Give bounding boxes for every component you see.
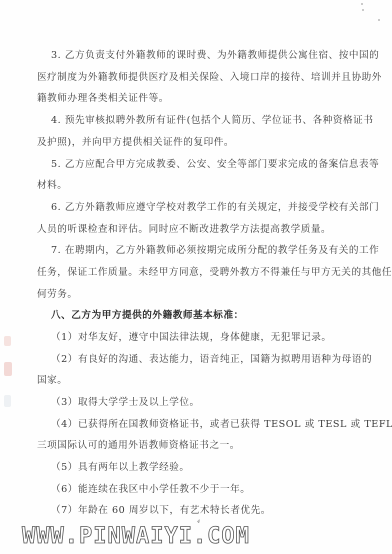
scan-speck [361, 3, 363, 5]
standard-3-line-1: （3）取得大学学士及以上学位。 [51, 397, 200, 409]
standard-4-line-2: 三项国际认可的通用外语教师资格证书之一。 [37, 440, 240, 452]
standard-2-line-2: 国家。 [37, 375, 67, 387]
scan-artifact-mark [4, 395, 11, 407]
scan-artifact-mark [4, 336, 11, 346]
paragraph-7-line-2: 任务，保证工作质量。未经甲方同意，受聘外教方不得兼任与甲方无关的其他任 [37, 267, 392, 279]
paragraph-6-line-2: 人员的听课检查和评估。同时应不断改进教学方法提高教学质量。 [37, 224, 331, 236]
paragraph-5-line-1: 5. 乙方应配合甲方完成教委、公安、安全等部门要求完成的备案信息表等 [51, 159, 379, 171]
paragraph-3-line-1: 3. 乙方负责支付外籍教师的课时费、为外籍教师提供公寓住宿、按中国的 [51, 50, 379, 62]
paragraph-6-line-1: 6. 乙方外籍教师应遵守学校对教学工作的有关规定，并接受学校有关部门 [51, 202, 379, 214]
paragraph-4-line-2: 及护照)，并向甲方提供相关证件的复印件。 [37, 137, 234, 149]
paragraph-5-line-2: 材料。 [37, 180, 67, 192]
document-page: 3. 乙方负责支付外籍教师的课时费、为外籍教师提供公寓住宿、按中国的 医疗制度为… [0, 0, 392, 554]
section-heading: 八、乙方为甲方提供的外籍教师基本标准： [51, 310, 244, 322]
standard-2-line-1: （2）有良好的沟通、表达能力，语音纯正，国籍为拟聘用语种为母语的 [51, 354, 372, 366]
paragraph-7-line-3: 何劳务。 [37, 289, 78, 301]
standard-5-line-1: （5）具有两年以上教学经验。 [51, 462, 190, 474]
scan-speck [362, 9, 364, 11]
paragraph-3-line-3: 籍教师办理各类相关证件等。 [37, 93, 169, 105]
paragraph-3-line-2: 医疗制度为外籍教师提供医疗及相关保险、入境口岸的接待、培训并且协助外 [37, 72, 382, 84]
standard-7-line-1: （7）年龄在 60 周岁以下，有艺术特长者优先。 [51, 505, 271, 517]
paragraph-7-line-1: 7. 在聘期内，乙方外籍教师必须按期完成所分配的教学任务及有关的工作 [51, 245, 379, 257]
standard-4-line-1: （4）已获得所在国教师资格证书，或者已获得 TESOL 或 TESL 或 TEF… [51, 419, 392, 431]
scan-speck [378, 19, 380, 21]
standard-1-line-1: （1）对华友好，遵守中国法律法规，身体健康，无犯罪记录。 [51, 332, 332, 344]
scan-artifact-mark [4, 362, 12, 376]
watermark-text: WWW.PINWAIYI.COM [22, 525, 250, 549]
paragraph-4-line-1: 4. 预先审核拟聘外教所有证件(包括个人简历、学位证书、各种资格证书 [51, 115, 373, 127]
standard-6-line-1: （6）能连续在我区中小学任教不少于一年。 [51, 484, 250, 496]
